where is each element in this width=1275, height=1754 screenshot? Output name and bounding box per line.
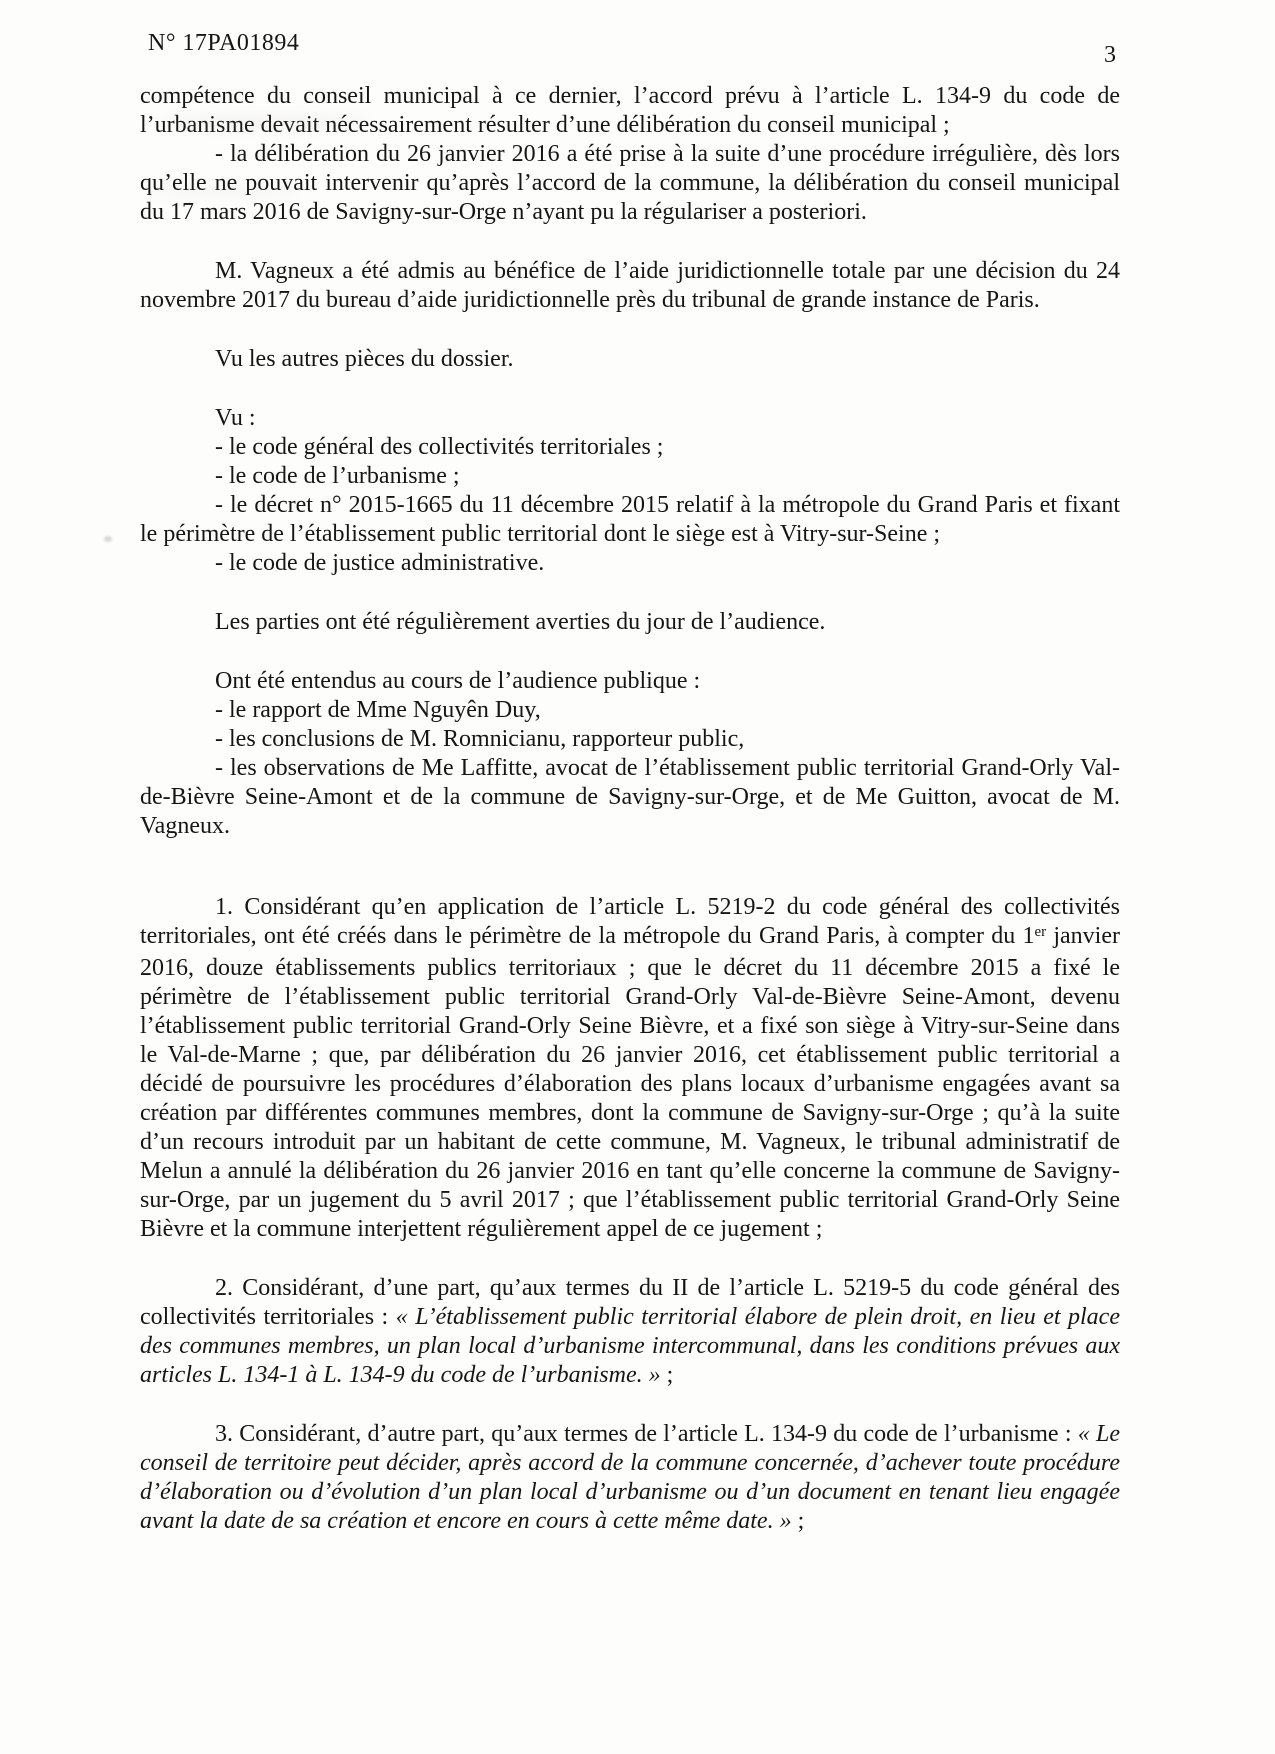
paragraph: Ont été entendus au cours de l’audience … <box>140 667 1120 696</box>
paragraph: 3. Considérant, d’autre part, qu’aux ter… <box>140 1420 1120 1536</box>
text-run: compétence du conseil municipal à ce der… <box>140 83 1120 138</box>
text-run: Ont été entendus au cours de l’audience … <box>215 668 700 694</box>
paragraph: 1. Considérant qu’en application de l’ar… <box>140 893 1120 1244</box>
superscript-text-run: er <box>1035 924 1047 940</box>
scan-artifact <box>104 536 112 542</box>
paragraph: - les observations de Me Laffitte, avoca… <box>140 754 1120 841</box>
case-number: N° 17PA01894 <box>148 30 299 57</box>
paragraph: compétence du conseil municipal à ce der… <box>140 82 1120 140</box>
text-run: - le rapport de Mme Nguyên Duy, <box>215 697 541 723</box>
text-run: 1. Considérant qu’en application de l’ar… <box>140 894 1120 949</box>
paragraph: 2. Considérant, d’une part, qu’aux terme… <box>140 1274 1120 1390</box>
text-run: Vu les autres pièces du dossier. <box>215 346 514 372</box>
paragraph: - le code général des collectivités terr… <box>140 433 1120 462</box>
paragraph: Les parties ont été régulièrement averti… <box>140 608 1120 637</box>
paragraph: M. Vagneux a été admis au bénéfice de l’… <box>140 257 1120 315</box>
text-run: - les observations de Me Laffitte, avoca… <box>140 755 1120 839</box>
text-run: - le code de l’urbanisme ; <box>215 463 460 489</box>
text-run: ; <box>661 1362 674 1388</box>
paragraph: - la délibération du 26 janvier 2016 a é… <box>140 140 1120 227</box>
text-run: Les parties ont été régulièrement averti… <box>215 609 825 635</box>
paragraph: - le code de justice administrative. <box>140 549 1120 578</box>
text-run: - le décret n° 2015-1665 du 11 décembre … <box>140 492 1120 547</box>
text-run: Vu : <box>215 405 256 431</box>
paragraph: Vu : <box>140 404 1120 433</box>
paragraph: Vu les autres pièces du dossier. <box>140 345 1120 374</box>
text-run: M. Vagneux a été admis au bénéfice de l’… <box>140 258 1120 313</box>
paragraph: - le code de l’urbanisme ; <box>140 462 1120 491</box>
text-run: 3. Considérant, d’autre part, qu’aux ter… <box>215 1421 1078 1447</box>
text-run: - le code général des collectivités terr… <box>215 434 663 460</box>
text-run: - les conclusions de M. Romnicianu, rapp… <box>215 726 744 752</box>
document-body: compétence du conseil municipal à ce der… <box>140 82 1120 1536</box>
page-number: 3 <box>1104 42 1116 69</box>
text-run: janvier 2016, douze établissements publi… <box>140 923 1120 1242</box>
paragraph: - les conclusions de M. Romnicianu, rapp… <box>140 725 1120 754</box>
paragraph: - le décret n° 2015-1665 du 11 décembre … <box>140 491 1120 549</box>
paragraph: - le rapport de Mme Nguyên Duy, <box>140 696 1120 725</box>
text-run: ; <box>792 1508 805 1534</box>
text-run: - la délibération du 26 janvier 2016 a é… <box>140 141 1120 225</box>
text-run: - le code de justice administrative. <box>215 550 544 576</box>
document-page: N° 17PA01894 3 compétence du conseil mun… <box>0 0 1275 1754</box>
